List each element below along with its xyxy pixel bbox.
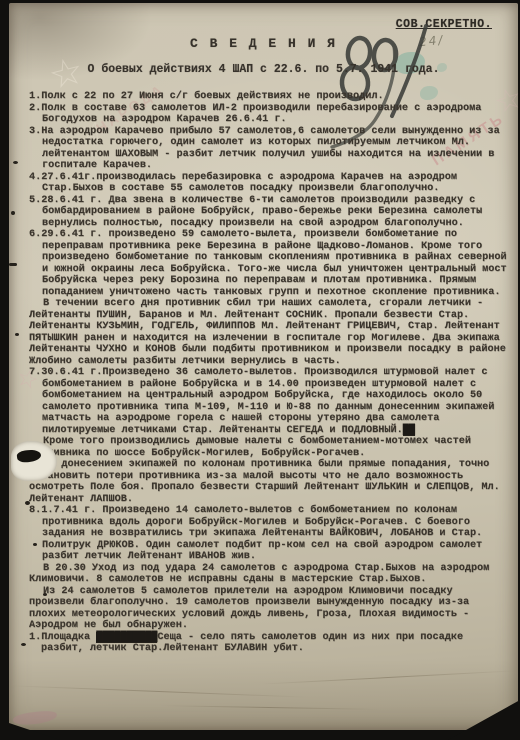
paper-shading	[9, 660, 518, 730]
report-paragraph-crew-reports: По донесением экипажей по колонам против…	[29, 459, 510, 505]
report-subitem-1: 1.Площадка ██████████Сеща - село пять са…	[29, 632, 510, 655]
report-paragraph-withdrawal: В 20.30 Уход из под удара 24 самолетов с…	[29, 563, 510, 586]
report-item-5: 5.28.6.41 г. Два звена в количестве 6-ти…	[29, 195, 510, 230]
report-item-7: 7.30.6.41 г.Произведено 36 самолето-выле…	[29, 367, 510, 436]
report-item-2: 2.Полк в составе 63 самолетов ИЛ-2 произ…	[29, 103, 510, 126]
subitem-prefix: 1.Площадка	[29, 632, 96, 643]
report-item-8: 8.1.7.41 г. Произведено 14 самолето-выле…	[29, 505, 510, 563]
report-item-7-text: 7.30.6.41 г.Произведено 36 самолето-выле…	[29, 367, 494, 436]
scanned-document-page: ☆ ☆ ☆ ☆ ПАМЯТЬ НАРОДА СОВ.СЕКРЕТНО. 24/ …	[0, 0, 520, 740]
ink-speck	[25, 501, 30, 505]
report-item-4: 4.27.6.41г.производилась перебазировка с…	[29, 172, 510, 195]
document-body: 1.Полк с 22 по 27 Июня с/г боевых действ…	[29, 91, 510, 655]
ink-speck	[15, 333, 19, 336]
report-paragraph-landings: Из 24 самолетов 5 самолетов прилетели на…	[29, 586, 510, 632]
report-paragraph-losses: В течении всего дня противник сбил три н…	[29, 298, 510, 367]
ink-speck	[43, 593, 47, 596]
ink-speck	[13, 161, 18, 164]
report-item-1: 1.Полк с 22 по 27 Июня с/г боевых действ…	[29, 91, 510, 103]
ink-speck	[33, 543, 37, 546]
paper-sheet: ☆ ☆ ☆ ☆ ПАМЯТЬ НАРОДА СОВ.СЕКРЕТНО. 24/ …	[9, 3, 518, 730]
document-subtitle: О боевых действиях 4 ШАП с 22.6. по 5.7.…	[9, 63, 518, 76]
report-paragraph-smoke-raids: Кроме того производились дымовые налеты …	[29, 436, 510, 459]
redaction-bar: ██████████	[96, 632, 157, 643]
redaction-mark: ██	[403, 425, 415, 436]
report-item-6: 6.29.6.41 г. произведено 59 самолето-выл…	[29, 229, 510, 298]
report-item-3: 3.На аэродром Карачево прибыло 57 самоле…	[29, 126, 510, 172]
ink-speck	[21, 643, 26, 646]
ink-speck	[11, 211, 15, 215]
ink-speck	[9, 263, 17, 266]
document-title: С В Е Д Е Н И Я	[9, 36, 518, 51]
